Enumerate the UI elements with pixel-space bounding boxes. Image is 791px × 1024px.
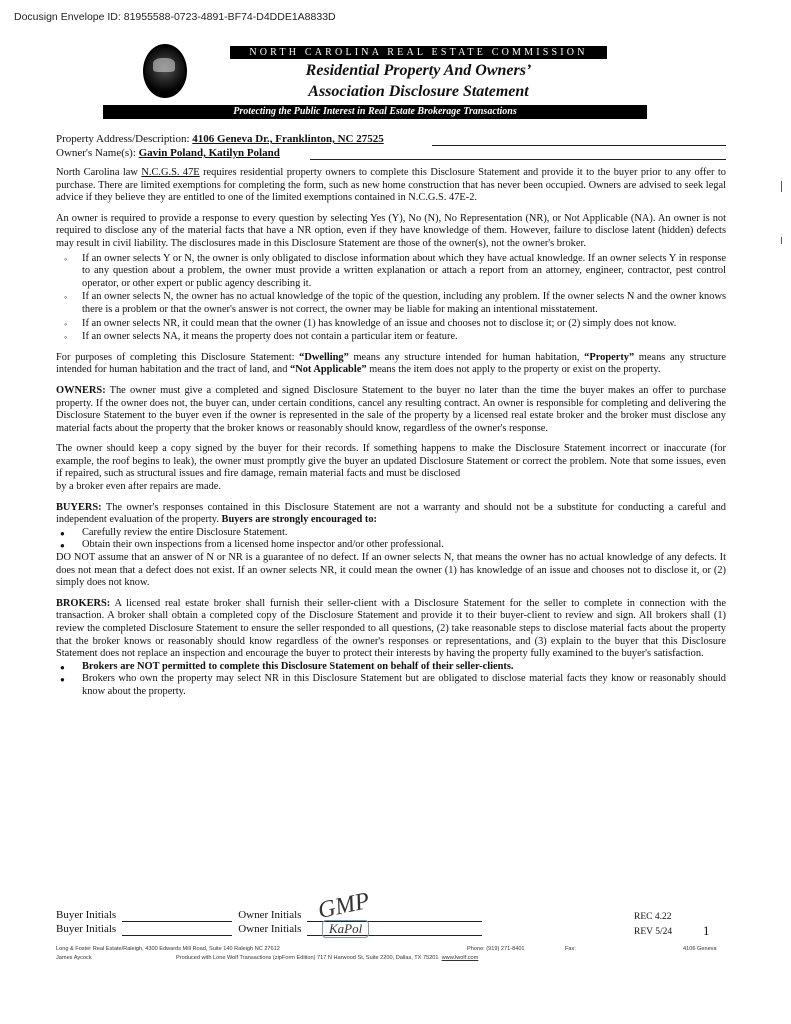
buyers-warning: DO NOT assume that an answer of N or NR … [56,552,726,590]
bullet-item: If an owner selects NA, it means the pro… [82,331,726,344]
owners-heading: OWNERS: [56,385,106,396]
buyers-emphasis: Buyers are strongly encouraged to: [222,514,377,525]
footer-website-link[interactable]: www.lwolf.com [442,955,479,961]
footer-producer: Produced with Lone Wolf Transactions (zi… [176,955,478,961]
response-paragraph: An owner is required to provide a respon… [56,213,726,251]
property-address-label: Property Address/Description: [56,133,190,145]
owner-signature-initials-2: KaPol [322,920,369,938]
buyer-initials-label: Buyer Initials [56,923,116,935]
tagline-banner: Protecting the Public Interest in Real E… [103,105,647,119]
owners-paragraph: OWNERS: The owner must give a completed … [56,385,726,435]
buyer-initials-field[interactable] [122,925,232,936]
initials-row-2: Buyer InitialsOwner Initials [56,923,488,936]
buyer-initials-label: Buyer Initials [56,909,116,921]
property-address-row: Property Address/Description: 4106 Genev… [56,133,384,146]
buyers-bullets: Carefully review the entire Disclosure S… [56,527,726,552]
revision-date: REV 5/24 [634,926,672,939]
bullet-item: Obtain their own inspections from a lice… [82,539,726,552]
law-reference-link: N.C.G.S. 47E [141,167,199,178]
owner-name-value[interactable]: Gavin Poland, Katilyn Poland [139,147,280,159]
margin-mark [781,237,782,244]
bullet-item: If an owner selects N, the owner has no … [82,291,726,316]
term-dwelling: “Dwelling” [299,352,349,363]
brokers-bullets: Brokers are NOT permitted to complete th… [56,661,726,699]
initials-row-1: Buyer InitialsOwner Initials [56,909,488,922]
bullet-item: If an owner selects NR, it could mean th… [82,318,726,331]
buyers-paragraph: BUYERS: The owner's responses contained … [56,502,726,527]
bullet-item: Brokers who own the property may select … [82,673,726,698]
intro-paragraph: North Carolina law N.C.G.S. 47E requires… [56,167,726,205]
term-not-applicable: “Not Applicable” [290,364,367,375]
owner-initials-label: Owner Initials [238,909,301,921]
nc-real-estate-commission-seal-icon [143,44,187,98]
term-property: “Property” [584,352,634,363]
title-line-1: Residential Property And Owners’ [230,60,607,81]
footer-brokerage: Long & Foster Real Estate/Raleigh, 4300 … [56,946,280,952]
response-bullets: If an owner selects Y or N, the owner is… [56,253,726,344]
definitions-paragraph: For purposes of completing this Disclosu… [56,352,726,377]
property-address-value[interactable]: 4106 Geneva Dr., Franklinton, NC 27525 [192,133,384,145]
owner-initials-label: Owner Initials [238,923,301,935]
owner-name-label: Owner's Name(s): [56,147,136,159]
buyers-heading: BUYERS: [56,502,102,513]
owners-copy-tail: by a broker even after repairs are made. [56,481,726,494]
brokers-heading: BROKERS: [56,598,110,609]
commission-banner: NORTH CAROLINA REAL ESTATE COMMISSION [230,46,607,59]
document-title: Residential Property And Owners’ Associa… [230,60,607,102]
address-underline [432,145,726,146]
owner-name-row: Owner's Name(s): Gavin Poland, Katilyn P… [56,147,280,160]
footer-phone: Phone: (919) 271-8401 [467,946,525,952]
buyer-initials-field[interactable] [122,911,232,922]
brokers-paragraph: BROKERS: A licensed real estate broker s… [56,598,726,661]
footer-file-name: 4106 Geneva [683,946,717,952]
owner-underline [310,159,726,160]
footer-agent-name: James Aycock [56,955,92,961]
page-number: 1 [703,923,710,939]
footer-fax: Fax: [565,946,576,952]
document-body: North Carolina law N.C.G.S. 47E requires… [56,167,726,699]
bullet-item: Brokers are NOT permitted to complete th… [82,661,726,674]
title-line-2: Association Disclosure Statement [230,81,607,102]
rec-number: REC 4.22 [634,911,671,924]
margin-mark [781,181,782,192]
bullet-item: If an owner selects Y or N, the owner is… [82,253,726,291]
bullet-item: Carefully review the entire Disclosure S… [82,527,726,540]
docusign-envelope-id: Docusign Envelope ID: 81955588-0723-4891… [14,11,336,23]
owners-copy-paragraph: The owner should keep a copy signed by t… [56,443,726,481]
